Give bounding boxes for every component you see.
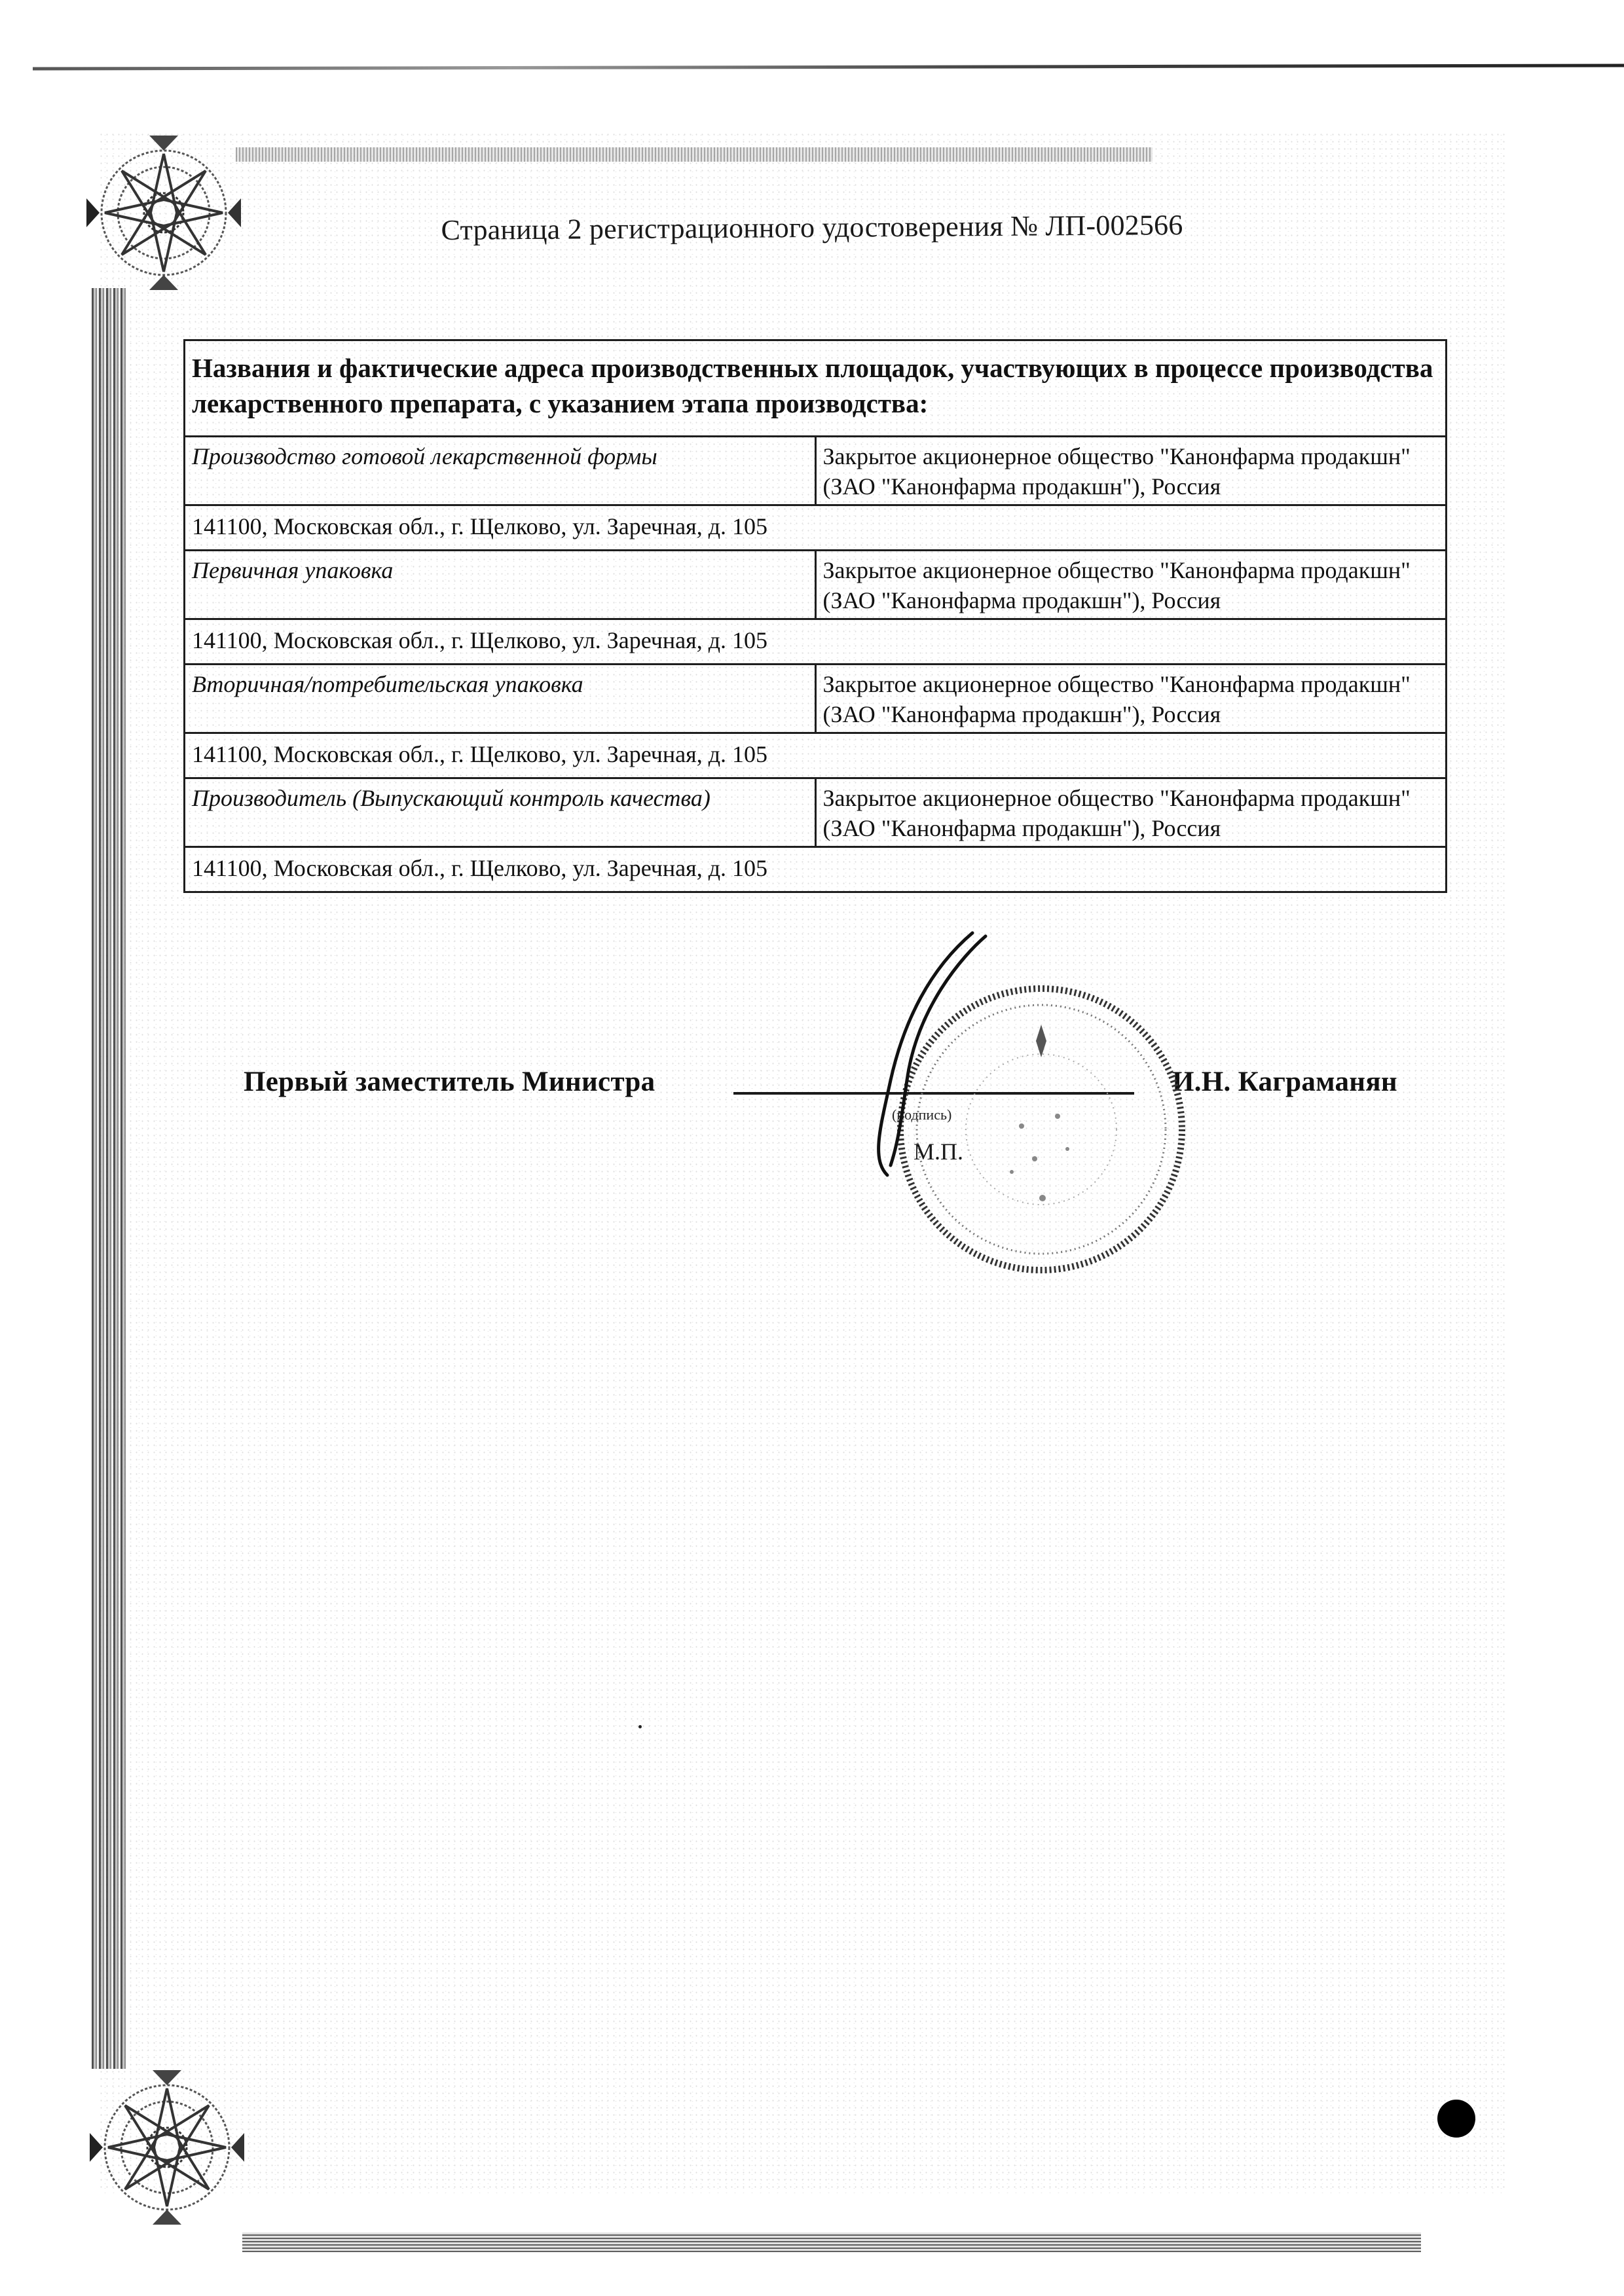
- organization-cell: Закрытое акционерное общество "Канонфарм…: [815, 778, 1447, 847]
- address-cell: 141100, Московская обл., г. Щелково, ул.…: [185, 505, 1447, 551]
- signatory-position: Первый заместитель Министра: [244, 1066, 655, 1098]
- organization-cell: Закрытое акционерное общество "Канонфарм…: [815, 665, 1447, 733]
- ornamental-frame-top: [236, 147, 1153, 162]
- stage-cell: Первичная упаковка: [185, 551, 816, 619]
- punch-hole-mark: [1437, 2100, 1475, 2138]
- ornamental-frame-left: [92, 288, 126, 2069]
- table-row: Вторичная/потребительская упаковка Закры…: [185, 665, 1447, 733]
- address-cell: 141100, Московская обл., г. Щелково, ул.…: [185, 847, 1447, 892]
- rosette-ornament-icon: [82, 2062, 252, 2232]
- stage-cell: Производитель (Выпускающий контроль каче…: [185, 778, 816, 847]
- stage-cell: Производство готовой лекарственной формы: [185, 437, 816, 505]
- organization-cell: Закрытое акционерное общество "Канонфарм…: [815, 437, 1447, 505]
- table-row: Первичная упаковка Закрытое акционерное …: [185, 551, 1447, 619]
- organization-cell: Закрытое акционерное общество "Канонфарм…: [815, 551, 1447, 619]
- table-row: Производитель (Выпускающий контроль каче…: [185, 778, 1447, 847]
- handwritten-signature-icon: [851, 930, 1022, 1185]
- stage-cell: Вторичная/потребительская упаковка: [185, 665, 816, 733]
- production-sites-table: Названия и фактические адреса производст…: [183, 339, 1447, 893]
- table-row: 141100, Московская обл., г. Щелково, ул.…: [185, 847, 1447, 892]
- table-row: 141100, Московская обл., г. Щелково, ул.…: [185, 733, 1447, 778]
- rosette-ornament-icon: [79, 128, 249, 298]
- table-row: 141100, Московская обл., г. Щелково, ул.…: [185, 505, 1447, 551]
- table-title-row: Названия и фактические адреса производст…: [185, 340, 1447, 437]
- table-row: Производство готовой лекарственной формы…: [185, 437, 1447, 505]
- table-title: Названия и фактические адреса производст…: [185, 340, 1447, 437]
- table-row: 141100, Московская обл., г. Щелково, ул.…: [185, 619, 1447, 665]
- ornamental-frame-bottom: [242, 2232, 1421, 2252]
- scan-speck: [638, 1725, 642, 1728]
- address-cell: 141100, Московская обл., г. Щелково, ул.…: [185, 619, 1447, 665]
- scan-edge-line: [33, 64, 1624, 70]
- address-cell: 141100, Московская обл., г. Щелково, ул.…: [185, 733, 1447, 778]
